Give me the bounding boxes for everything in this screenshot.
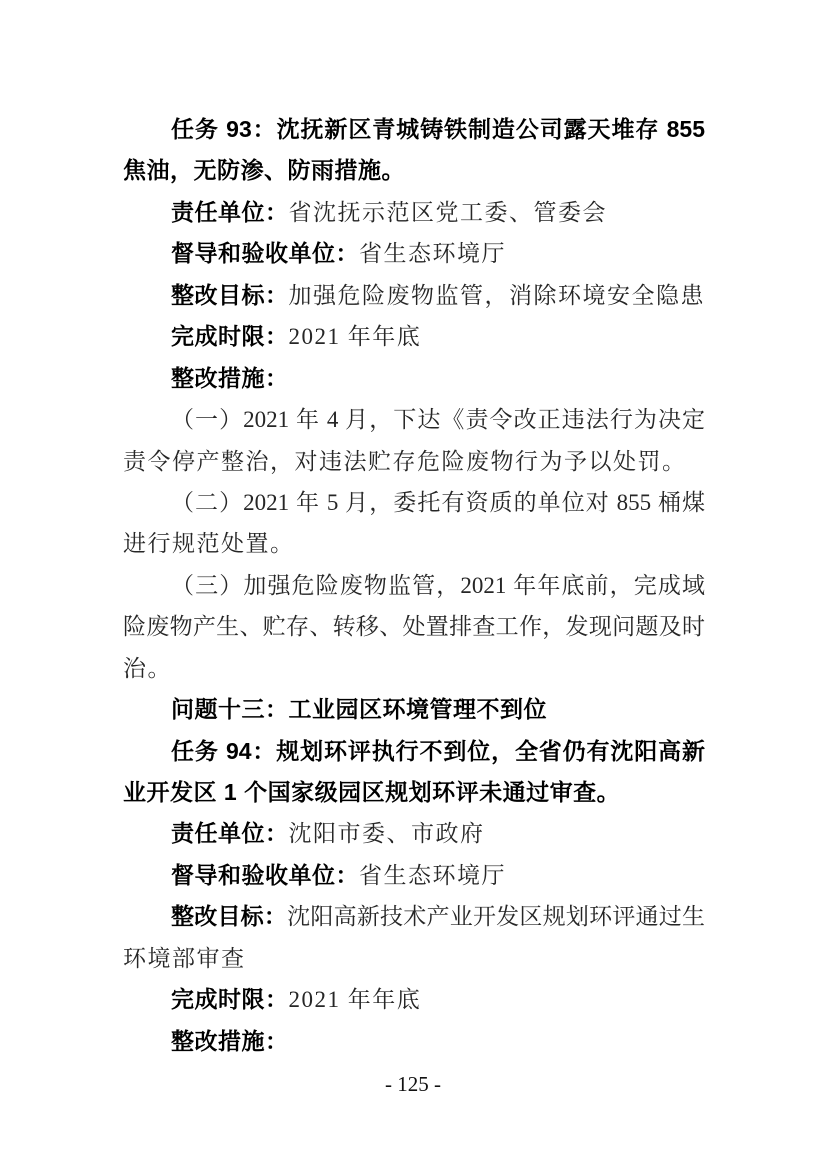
text-segment: 完成时限： xyxy=(171,986,289,1012)
text-segment: 责任单位： xyxy=(171,199,289,225)
task-93-measure-1-line-2: 责令停产整治，对违法贮存危险废物行为予以处罚。 xyxy=(123,441,705,482)
task-94-goal-line-1: 整改目标：沈阳高新技术产业开发区规划环评通过生态 xyxy=(123,896,705,937)
text-segment: 加强危险废物监管，消除环境安全隐患 xyxy=(289,283,706,308)
task-94-title-line-2: 业开发区 1 个国家级园区规划环评未通过审查。 xyxy=(123,772,705,813)
task-93-deadline: 完成时限：2021 年年底 xyxy=(123,316,705,357)
task-93-supervision-unit: 督导和验收单位：省生态环境厅 xyxy=(123,233,705,274)
task-93-measure-3-line-1: （三）加强危险废物监管，2021 年年底前，完成域内危 xyxy=(123,565,705,606)
text-segment: 2021 年年底 xyxy=(289,324,422,349)
task-93-responsible-unit: 责任单位：省沈抚示范区党工委、管委会 xyxy=(123,192,705,233)
text-segment: 整改目标： xyxy=(171,903,287,929)
task-93-title-line-2: 焦油，无防渗、防雨措施。 xyxy=(123,150,705,191)
page-number: - 125 - xyxy=(0,1072,826,1097)
problem-13-heading: 问题十三：工业园区环境管理不到位 xyxy=(123,689,705,730)
task-93-measure-1-line-1: （一）2021 年 4 月，下达《责令改正违法行为决定书》， xyxy=(123,399,705,440)
text-segment: 整改措施： xyxy=(171,365,289,391)
text-segment: 治。 xyxy=(123,656,172,681)
text-segment: 省生态环境厅 xyxy=(359,863,506,888)
text-segment: 进行规范处置。 xyxy=(123,531,295,556)
text-segment: 任务 93：沈抚新区青城铸铁制造公司露天堆存 855 桶煤 xyxy=(123,116,705,150)
text-segment: 焦油，无防渗、防雨措施。 xyxy=(123,157,405,183)
text-segment: 险废物产生、贮存、转移、处置排查工作，发现问题及时整 xyxy=(123,614,705,647)
text-segment: 省沈抚示范区党工委、管委会 xyxy=(289,200,608,225)
text-segment: 督导和验收单位： xyxy=(171,240,359,266)
text-segment: 整改措施： xyxy=(171,1028,289,1054)
task-93-measure-3-line-3: 治。 xyxy=(123,648,705,689)
task-93-measures-heading: 整改措施： xyxy=(123,358,705,399)
text-segment: 整改目标： xyxy=(171,282,289,308)
text-segment: 沈阳市委、市政府 xyxy=(289,821,485,846)
task-93-measure-3-line-2: 险废物产生、贮存、转移、处置排查工作，发现问题及时整 xyxy=(123,606,705,647)
task-94-measures-heading: 整改措施： xyxy=(123,1021,705,1062)
text-segment: 责任单位： xyxy=(171,820,289,846)
text-segment: 省生态环境厅 xyxy=(359,241,506,266)
text-segment: （一）2021 年 4 月，下达《责令改正违法行为决定书》， xyxy=(123,407,705,440)
task-94-title-line-1: 任务 94：规划环评执行不到位，全省仍有沈阳高新技术产 xyxy=(123,731,705,772)
task-93-title-line-1: 任务 93：沈抚新区青城铸铁制造公司露天堆存 855 桶煤 xyxy=(123,109,705,150)
text-segment: 问题十三：工业园区环境管理不到位 xyxy=(171,696,547,722)
text-segment: 督导和验收单位： xyxy=(171,862,359,888)
text-segment: 2021 年年底 xyxy=(289,987,422,1012)
text-segment: 完成时限： xyxy=(171,323,289,349)
text-segment: 环境部审查 xyxy=(123,946,246,971)
text-segment: 业开发区 1 个国家级园区规划环评未通过审查。 xyxy=(123,779,620,805)
task-93-measure-2-line-1: （二）2021 年 5 月，委托有资质的单位对 855 桶煤焦油 xyxy=(123,482,705,523)
task-94-supervision-unit: 督导和验收单位：省生态环境厅 xyxy=(123,855,705,896)
document-content: 任务 93：沈抚新区青城铸铁制造公司露天堆存 855 桶煤焦油，无防渗、防雨措施… xyxy=(123,109,705,1062)
task-94-responsible-unit: 责任单位：沈阳市委、市政府 xyxy=(123,813,705,854)
task-94-deadline: 完成时限：2021 年年底 xyxy=(123,979,705,1020)
task-93-measure-2-line-2: 进行规范处置。 xyxy=(123,523,705,564)
task-93-goal: 整改目标：加强危险废物监管，消除环境安全隐患 xyxy=(123,275,705,316)
text-segment: （二）2021 年 5 月，委托有资质的单位对 855 桶煤焦油 xyxy=(123,490,705,523)
text-segment: （三）加强危险废物监管，2021 年年底前，完成域内危 xyxy=(123,573,705,606)
text-segment: 责令停产整治，对违法贮存危险废物行为予以处罚。 xyxy=(123,449,687,474)
document-page: 任务 93：沈抚新区青城铸铁制造公司露天堆存 855 桶煤焦油，无防渗、防雨措施… xyxy=(0,0,826,1169)
task-94-goal-line-2: 环境部审查 xyxy=(123,938,705,979)
text-segment: 任务 94：规划环评执行不到位，全省仍有沈阳高新技术产 xyxy=(123,738,705,772)
